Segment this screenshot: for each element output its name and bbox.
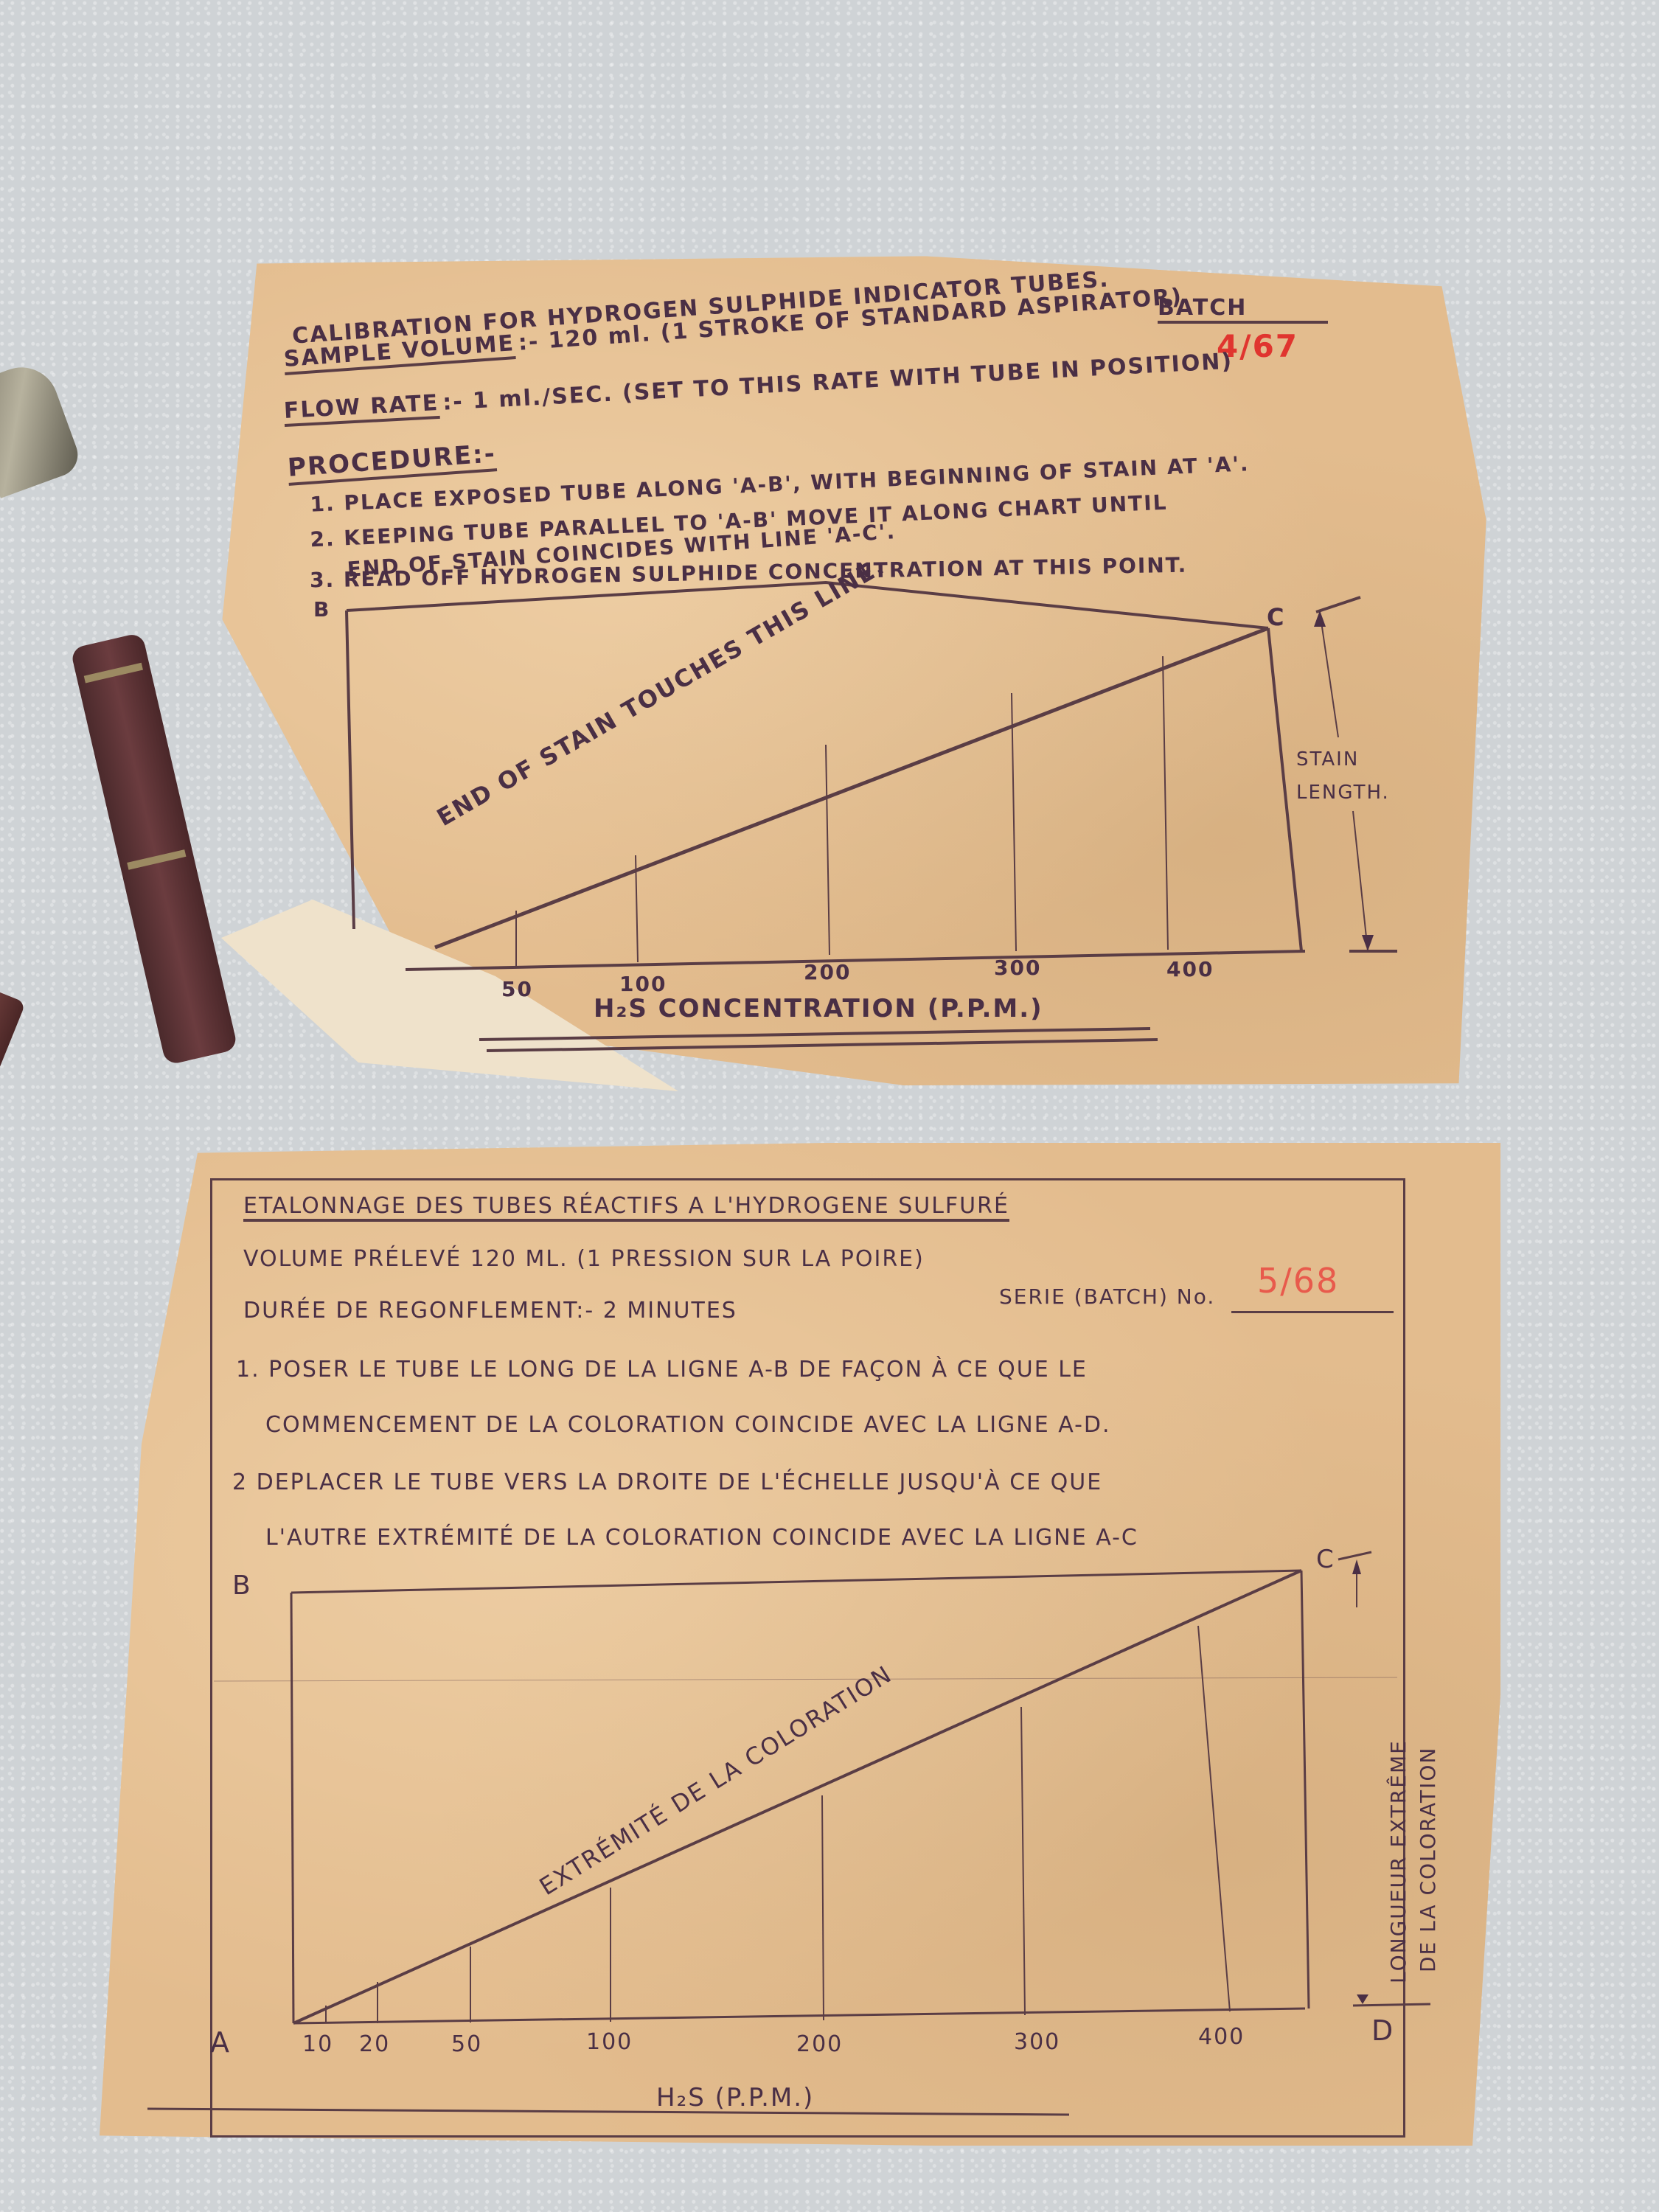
french-tick: 200	[796, 2031, 843, 2057]
french-tick: 400	[1198, 2024, 1245, 2050]
french-point-a: A	[210, 2026, 231, 2059]
french-tick: 50	[451, 2031, 482, 2057]
french-axis-label: H₂S (P.P.M.)	[656, 2083, 814, 2112]
french-tick: 100	[586, 2029, 633, 2055]
french-point-c: C	[1316, 1545, 1335, 1574]
coloration-label: DE LA COLORATION	[1416, 1747, 1440, 1972]
french-tick: 10	[302, 2031, 333, 2057]
french-point-d: D	[1371, 2014, 1394, 2047]
longueur-label: LONGUEUR EXTRÊME	[1386, 1739, 1411, 1983]
french-tick: 20	[359, 2031, 390, 2057]
french-point-b: B	[232, 1571, 252, 1601]
french-tick: 300	[1014, 2029, 1060, 2055]
